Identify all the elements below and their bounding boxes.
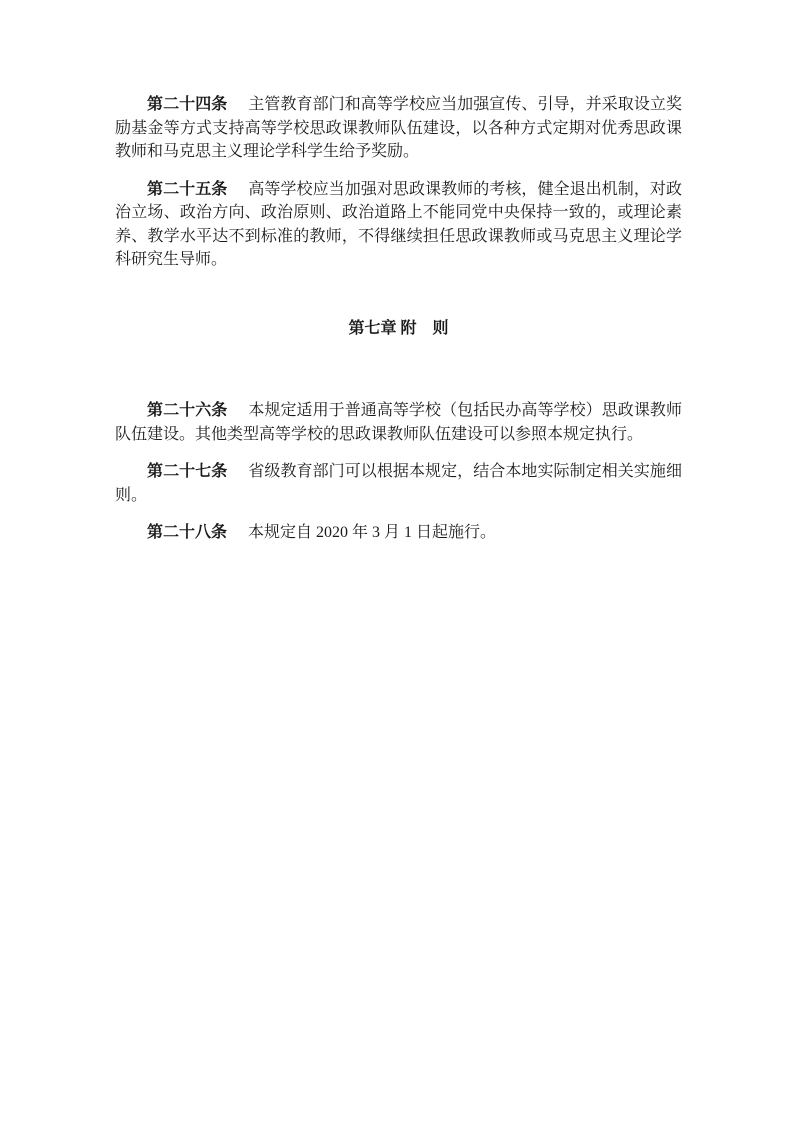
- article-27-number: 第二十七条: [147, 463, 227, 480]
- article-28-text: 本规定自 2020 年 3 月 1 日起施行。: [248, 524, 496, 541]
- article-28: 第二十八条本规定自 2020 年 3 月 1 日起施行。: [115, 521, 682, 545]
- article-25-number: 第二十五条: [147, 181, 227, 198]
- article-25: 第二十五条高等学校应当加强对思政课教师的考核，健全退出机制，对政治立场、政治方向…: [115, 178, 682, 272]
- article-27: 第二十七条省级教育部门可以根据本规定，结合本地实际制定相关实施细则。: [115, 460, 682, 507]
- article-26-number: 第二十六条: [147, 402, 227, 419]
- chapter-heading: 第七章 附 则: [115, 317, 682, 341]
- article-24: 第二十四条主管教育部门和高等学校应当加强宣传、引导，并采取设立奖励基金等方式支持…: [115, 93, 682, 164]
- article-26: 第二十六条本规定适用于普通高等学校（包括民办高等学校）思政课教师队伍建设。其他类…: [115, 399, 682, 446]
- article-28-number: 第二十八条: [147, 524, 227, 541]
- document-page: 第二十四条主管教育部门和高等学校应当加强宣传、引导，并采取设立奖励基金等方式支持…: [0, 0, 793, 1122]
- article-24-number: 第二十四条: [147, 96, 227, 113]
